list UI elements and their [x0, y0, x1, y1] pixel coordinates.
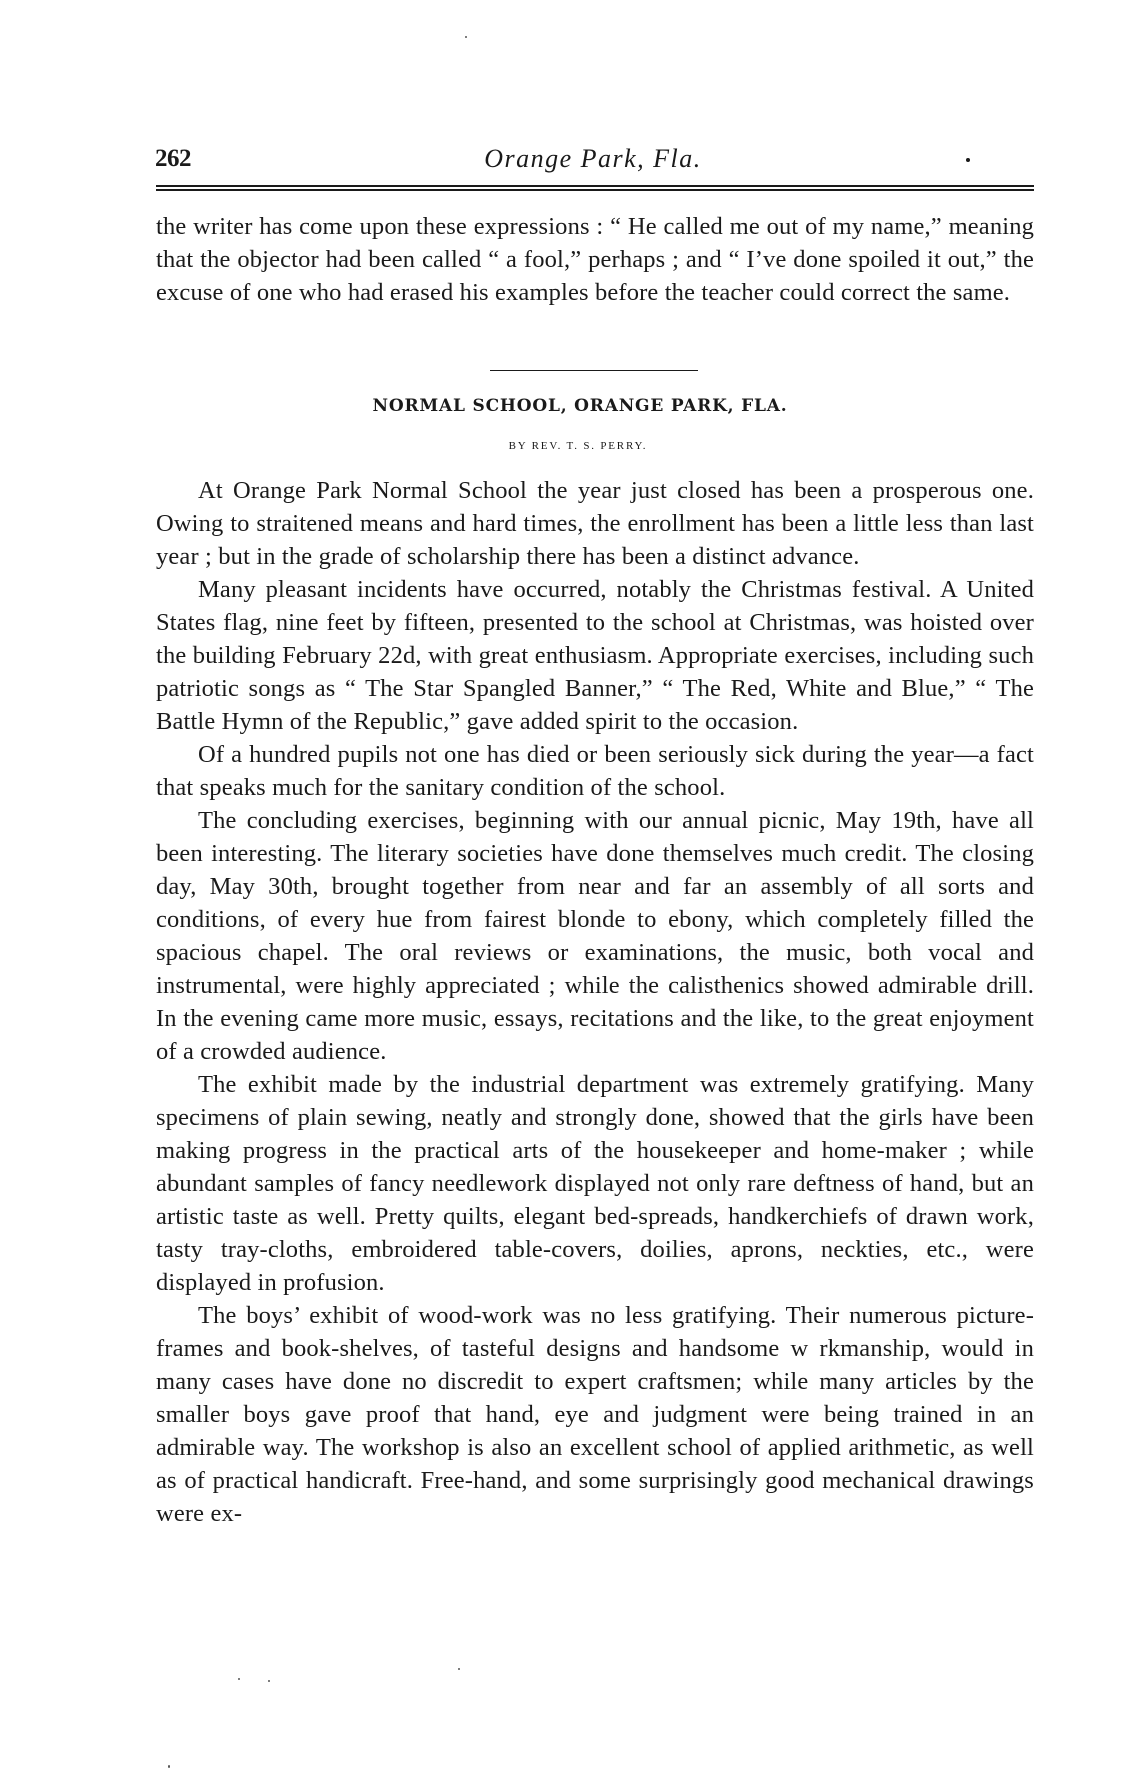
article-body: At Orange Park Normal School the year ju…: [156, 474, 1034, 1530]
body-paragraph: The concluding exercises, beginning with…: [156, 804, 1034, 1068]
section-divider-rule: [490, 370, 698, 371]
printer-mark: [966, 158, 970, 162]
header-double-rule: [156, 185, 1034, 191]
body-paragraph: Many pleasant incidents have occurred, n…: [156, 573, 1034, 738]
article-byline: BY REV. T. S. PERRY.: [0, 441, 1136, 452]
continued-text: the writer has come upon these expressio…: [156, 210, 1034, 309]
scan-speck: [268, 1680, 270, 1682]
body-paragraph: Of a hundred pupils not one has died or …: [156, 738, 1034, 804]
body-paragraph: The boys’ exhibit of wood-work was no le…: [156, 1299, 1034, 1530]
scan-speck: [168, 1765, 170, 1768]
article-title: NORMAL SCHOOL, ORANGE PARK, FLA.: [0, 398, 1136, 415]
scan-speck: [458, 1668, 460, 1670]
body-paragraph: At Orange Park Normal School the year ju…: [156, 474, 1034, 573]
scan-speck: [238, 1678, 240, 1680]
body-paragraph: The exhibit made by the industrial depar…: [156, 1068, 1034, 1299]
scan-speck: [465, 36, 467, 38]
intro-paragraph: the writer has come upon these expressio…: [156, 210, 1034, 309]
